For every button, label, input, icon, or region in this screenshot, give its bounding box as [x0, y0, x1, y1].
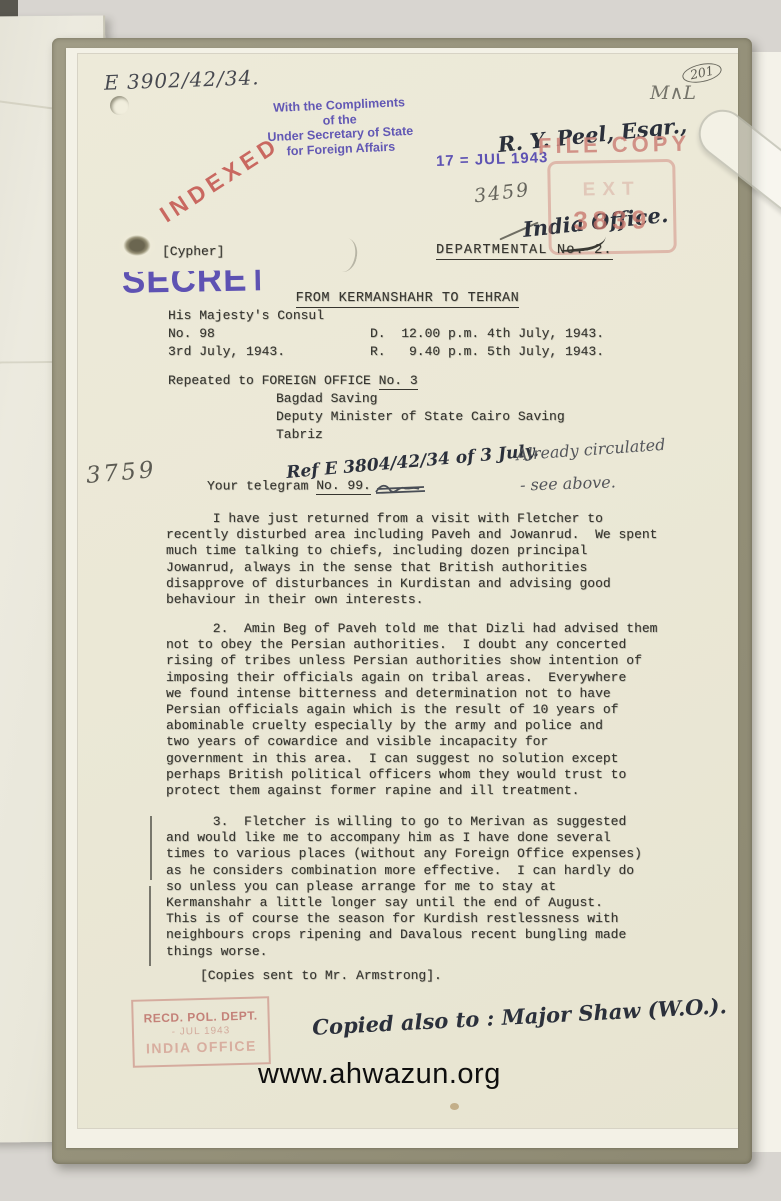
paragraph-1: I have just returned from a visit with F…	[166, 511, 657, 608]
already-circulated-note: Already circulated	[516, 435, 666, 464]
reference-note: Ref E 3804/42/34 of 3 July.	[286, 441, 540, 483]
paragraph-3: 3. Fletcher is willing to go to Merivan …	[166, 814, 642, 960]
cypher-label: [Cypher]	[162, 244, 224, 260]
copied-also-note: Copied also to : Major Shaw (W.O.).	[312, 993, 728, 1040]
registry-dept-code: EXT	[583, 178, 641, 201]
punch-hole	[110, 96, 129, 115]
departmental-number: DEPARTMENTAL No. 2.	[436, 243, 613, 259]
recd-dept-line: RECD. POL. DEPT.	[143, 1008, 257, 1025]
recd-date-line: - JUL 1943	[172, 1025, 231, 1038]
repeated-destination: Deputy Minister of State Cairo Saving	[276, 409, 565, 425]
secret-stamp: SECRET	[122, 270, 261, 303]
received-time: R. 9.40 p.m. 5th July, 1943.	[370, 344, 604, 360]
margin-number: 3759	[85, 457, 158, 489]
despatched-time: D. 12.00 p.m. 4th July, 1943.	[370, 326, 604, 342]
see-above-note: - see above.	[520, 472, 616, 494]
paragraph-2: 2. Amin Beg of Paveh told me that Dizli …	[166, 621, 657, 799]
copies-note: [Copies sent to Mr. Armstrong].	[200, 968, 442, 984]
margin-sideline	[150, 816, 152, 880]
received-dept-stamp: RECD. POL. DEPT. - JUL 1943 INDIA OFFICE	[131, 996, 271, 1068]
pencil-initials: M∧L	[650, 82, 696, 104]
telegram-number: No. 98	[168, 326, 215, 342]
indexed-stamp: INDEXED	[149, 127, 291, 232]
telegram-date: 3rd July, 1943.	[168, 344, 285, 360]
repeated-destination: Tabriz	[276, 427, 323, 443]
file-reference-note: E 3902/42/34.	[104, 65, 260, 94]
consul-line: His Majesty's Consul	[168, 308, 324, 324]
website-watermark: www.ahwazun.org	[258, 1058, 501, 1091]
file-copy-stamp: FILE COPY	[538, 131, 691, 160]
margin-sideline	[149, 886, 151, 966]
crossed-out-word-scribble	[374, 481, 428, 497]
telegram-page: E 3902/42/34. With the Compliments of th…	[78, 54, 738, 1128]
paper-crease	[0, 361, 52, 404]
document-scan: E 3902/42/34. With the Compliments of th…	[0, 0, 781, 1201]
your-telegram-line: Your telegram No. 99.	[207, 478, 428, 495]
paper-stain	[450, 1103, 459, 1110]
paper-tear	[118, 231, 156, 260]
pencil-mark	[330, 236, 360, 274]
registry-number: 3839	[573, 204, 651, 236]
repeated-destination: Bagdad Saving	[276, 391, 377, 407]
india-office-line: INDIA OFFICE	[146, 1037, 257, 1056]
repeated-to-line: Repeated to FOREIGN OFFICE No. 3	[168, 373, 418, 389]
